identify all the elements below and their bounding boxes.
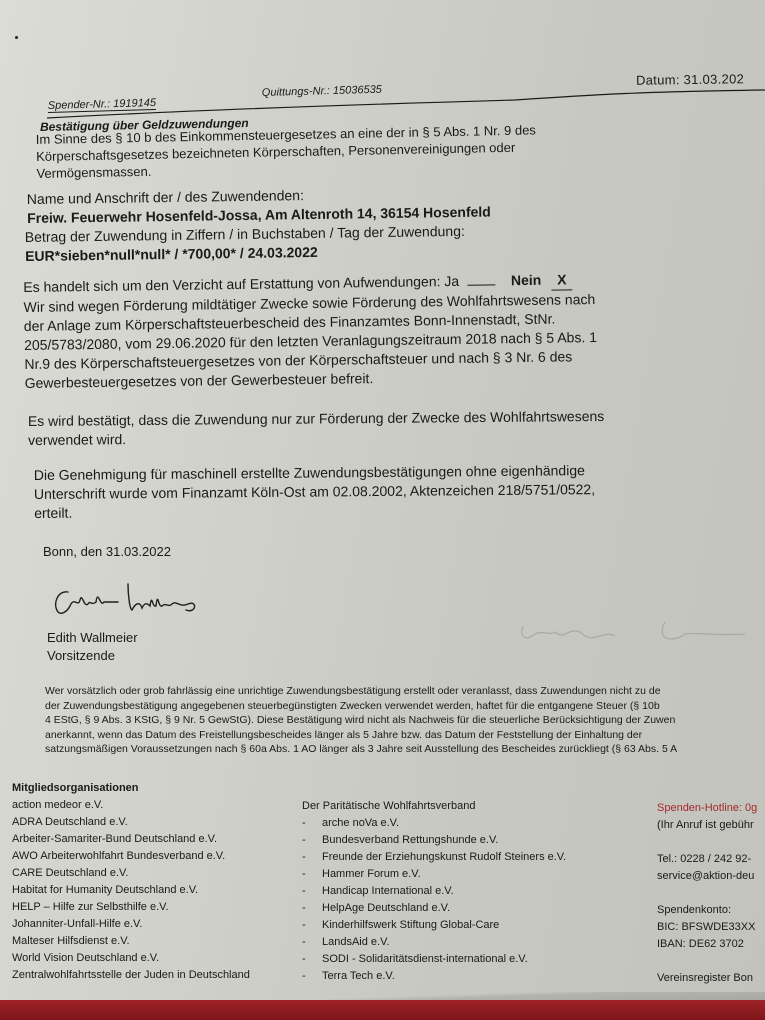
member-org-name: Terra Tech e.V.	[322, 970, 395, 982]
member-org: Habitat for Humanity Deutschland e.V.	[12, 882, 250, 899]
waiver-yes-blank	[467, 284, 495, 285]
signatory-role: Vorsitzende	[47, 647, 138, 665]
bic: BIC: BFSWDE33XX	[657, 919, 757, 936]
member-org: action medeor e.V.	[12, 797, 250, 814]
disclaimer-line: satzungsmäßigen Voraussetzungen nach § 6…	[45, 742, 677, 757]
intro-block: Im Sinne des § 10 b des Einkommensteuerg…	[35, 103, 536, 182]
bullet-dash: -	[302, 815, 322, 832]
handwritten-signature	[48, 578, 228, 622]
bullet-dash: -	[302, 883, 322, 900]
member-org: AWO Arbeiterwohlfahrt Bundesverband e.V.	[12, 848, 250, 865]
member-org: -SODI - Solidaritätsdienst-international…	[302, 951, 566, 968]
member-org: -Kinderhilfswerk Stiftung Global-Care	[302, 917, 566, 934]
member-org: -Handicap International e.V.	[302, 883, 566, 900]
disclaimer-line: der Zuwendungsbestätigung angegebenen st…	[45, 699, 677, 714]
donation-receipt-page: Spender-Nr.: 1919145 Quittungs-Nr.: 1503…	[0, 0, 765, 1000]
member-org-name: Kinderhilfswerk Stiftung Global-Care	[322, 919, 499, 931]
signatory-block: Edith Wallmeier Vorsitzende	[47, 629, 138, 665]
association-register: Vereinsregister Bon	[657, 970, 757, 987]
member-org-name: Handicap International e.V.	[322, 885, 454, 897]
bullet-dash: -	[302, 832, 322, 849]
confirmation-line: verwendet wird.	[28, 426, 605, 450]
member-org: Arbeiter-Samariter-Bund Deutschland e.V.	[12, 831, 250, 848]
member-org: -arche noVa e.V.	[302, 815, 566, 832]
member-org-name: SODI - Solidaritätsdienst-international …	[322, 953, 528, 965]
member-org: HELP – Hilfe zur Selbsthilfe e.V.	[12, 899, 250, 916]
bullet-dash: -	[302, 849, 322, 866]
disclaimer-line: 4 EStG, § 9 Abs. 3 KStG, § 9 Nr. 5 GewSt…	[45, 713, 677, 728]
approval-block: Die Genehmigung für maschinell erstellte…	[34, 461, 596, 523]
contact-column: Spenden-Hotline: 0g (Ihr Anruf ist gebüh…	[657, 800, 757, 987]
member-org: -LandsAid e.V.	[302, 934, 566, 951]
member-org: CARE Deutschland e.V.	[12, 865, 250, 882]
donor-block: Name und Anschrift der / des Zuwendenden…	[27, 184, 491, 228]
bullet-dash: -	[302, 934, 322, 951]
shadow-signature-imprint	[515, 612, 755, 652]
receipt-date: Datum: 31.03.202	[636, 71, 744, 88]
phone-number: Tel.: 0228 / 242 92-	[657, 851, 757, 868]
exemption-block: Es handelt sich um den Verzicht auf Erst…	[23, 270, 597, 393]
disclaimer-line: anerkannt, wenn das Datum des Freistellu…	[45, 728, 677, 743]
member-org: ADRA Deutschland e.V.	[12, 814, 250, 831]
member-orgs-heading: Mitgliedsorganisationen	[12, 780, 250, 797]
bullet-dash: -	[302, 968, 322, 985]
amount-block: Betrag der Zuwendung in Ziffern / in Buc…	[25, 222, 465, 266]
iban: IBAN: DE62 3702	[657, 936, 757, 953]
member-org: -HelpAge Deutschland e.V.	[302, 900, 566, 917]
member-org: -Freunde der Erziehungskunst Rudolf Stei…	[302, 849, 566, 866]
member-org: Johanniter-Unfall-Hilfe e.V.	[12, 916, 250, 933]
paritaetische-heading: Der Paritätische Wohlfahrtsverband	[302, 798, 566, 815]
member-org-name: Freunde der Erziehungskunst Rudolf Stein…	[322, 851, 566, 863]
member-org-name: LandsAid e.V.	[322, 936, 389, 948]
confirmation-block: Es wird bestätigt, dass die Zuwendung nu…	[28, 407, 605, 450]
liability-disclaimer: Wer vorsätzlich oder grob fahrlässig ein…	[45, 684, 677, 757]
service-email: service@aktion-deu	[657, 868, 757, 885]
waiver-no-mark: X	[551, 270, 573, 290]
member-orgs-column-2: Der Paritätische Wohlfahrtsverband -arch…	[302, 798, 566, 985]
member-org: Malteser Hilfsdienst e.V.	[12, 933, 250, 950]
member-org: World Vision Deutschland e.V.	[12, 950, 250, 967]
member-org-name: Hammer Forum e.V.	[322, 868, 421, 880]
donation-hotline: Spenden-Hotline: 0g	[657, 800, 757, 817]
bullet-dash: -	[302, 917, 322, 934]
red-background-surface	[0, 1000, 765, 1020]
member-org-name: HelpAge Deutschland e.V.	[322, 902, 450, 914]
donation-account-label: Spendenkonto:	[657, 902, 757, 919]
member-org: Zentralwohlfahrtsstelle der Juden in Deu…	[12, 967, 250, 984]
hotline-note: (Ihr Anruf ist gebühr	[657, 817, 757, 834]
place-date: Bonn, den 31.03.2022	[43, 544, 171, 559]
bullet-dash: -	[302, 866, 322, 883]
waiver-text: Es handelt sich um den Verzicht auf Erst…	[23, 273, 459, 295]
signatory-name: Edith Wallmeier	[47, 629, 138, 647]
member-org: -Terra Tech e.V.	[302, 968, 566, 985]
speck	[15, 36, 18, 39]
member-org-name: arche noVa e.V.	[322, 817, 399, 829]
bullet-dash: -	[302, 900, 322, 917]
waiver-no-label: Nein	[511, 272, 542, 288]
member-org-name: Bundesverband Rettungshunde e.V.	[322, 834, 498, 846]
member-org: -Bundesverband Rettungshunde e.V.	[302, 832, 566, 849]
bullet-dash: -	[302, 951, 322, 968]
member-orgs-column-1: Mitgliedsorganisationen action medeor e.…	[12, 780, 250, 984]
member-org: -Hammer Forum e.V.	[302, 866, 566, 883]
disclaimer-line: Wer vorsätzlich oder grob fahrlässig ein…	[45, 684, 677, 699]
